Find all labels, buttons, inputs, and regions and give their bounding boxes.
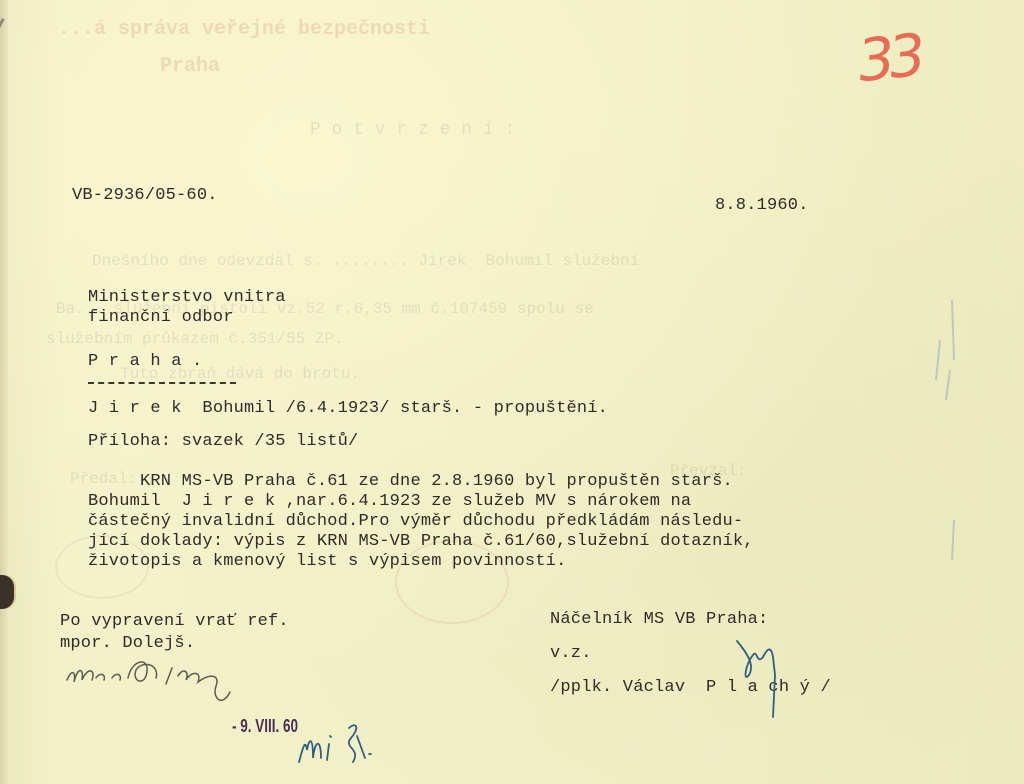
return-note-line1: Po vypravení vrať ref.: [60, 612, 289, 632]
handwritten-initials-pencil: [62, 650, 252, 710]
show-through-header-line1: ...á správa veřejné bezpečnosti: [58, 18, 430, 41]
body-line: jící doklady: výpis z KRN MS-VB Praha č.…: [88, 532, 754, 552]
document-date: 8.8.1960.: [715, 196, 809, 216]
body-line: částečný invalidní důchod.Pro výměr důch…: [88, 512, 743, 532]
handwritten-initials-ink: [295, 718, 405, 768]
received-date-stamp: - 9. VIII. 60: [232, 716, 298, 737]
signatory-title: Náčelník MS VB Praha:: [550, 610, 768, 630]
recipient-line1: Ministerstvo vnitra: [88, 288, 286, 308]
reference-number: VB-2936/05-60.: [72, 186, 218, 206]
punch-hole: [0, 575, 14, 609]
body-line: životopis a kmenový list s výpisem povin…: [88, 552, 566, 572]
signatory-proxy: v.z.: [550, 644, 592, 664]
recipient-city: P r a h a .: [88, 352, 202, 372]
city-underline: [88, 382, 236, 384]
subject-line: J i r e k Bohumil /6.4.1923/ starš. - pr…: [88, 399, 608, 419]
show-through-line1: Dnešního dne odevzdal s. ........ Jirek …: [92, 252, 639, 270]
page-number: 33: [855, 21, 924, 95]
margin-marks: [930, 290, 990, 570]
body-line: Bohumil J i r e k ,nar.6.4.1923 ze služe…: [88, 492, 691, 512]
show-through-header-line2: Praha: [160, 55, 220, 78]
signature-ink: [735, 635, 795, 725]
recipient-line2: finanční odbor: [88, 308, 234, 328]
show-through-line3: služebním průkazem č.351/55 ZP.: [46, 330, 344, 348]
page-left-edge: [0, 0, 8, 784]
attachment-line: Příloha: svazek /35 listů/: [88, 432, 358, 452]
document-page: ...á správa veřejné bezpečnosti Praha P …: [0, 0, 1024, 784]
body-line: KRN MS-VB Praha č.61 ze dne 2.8.1960 byl…: [88, 472, 733, 492]
show-through-title: P o t v r z e n í :: [310, 120, 515, 140]
